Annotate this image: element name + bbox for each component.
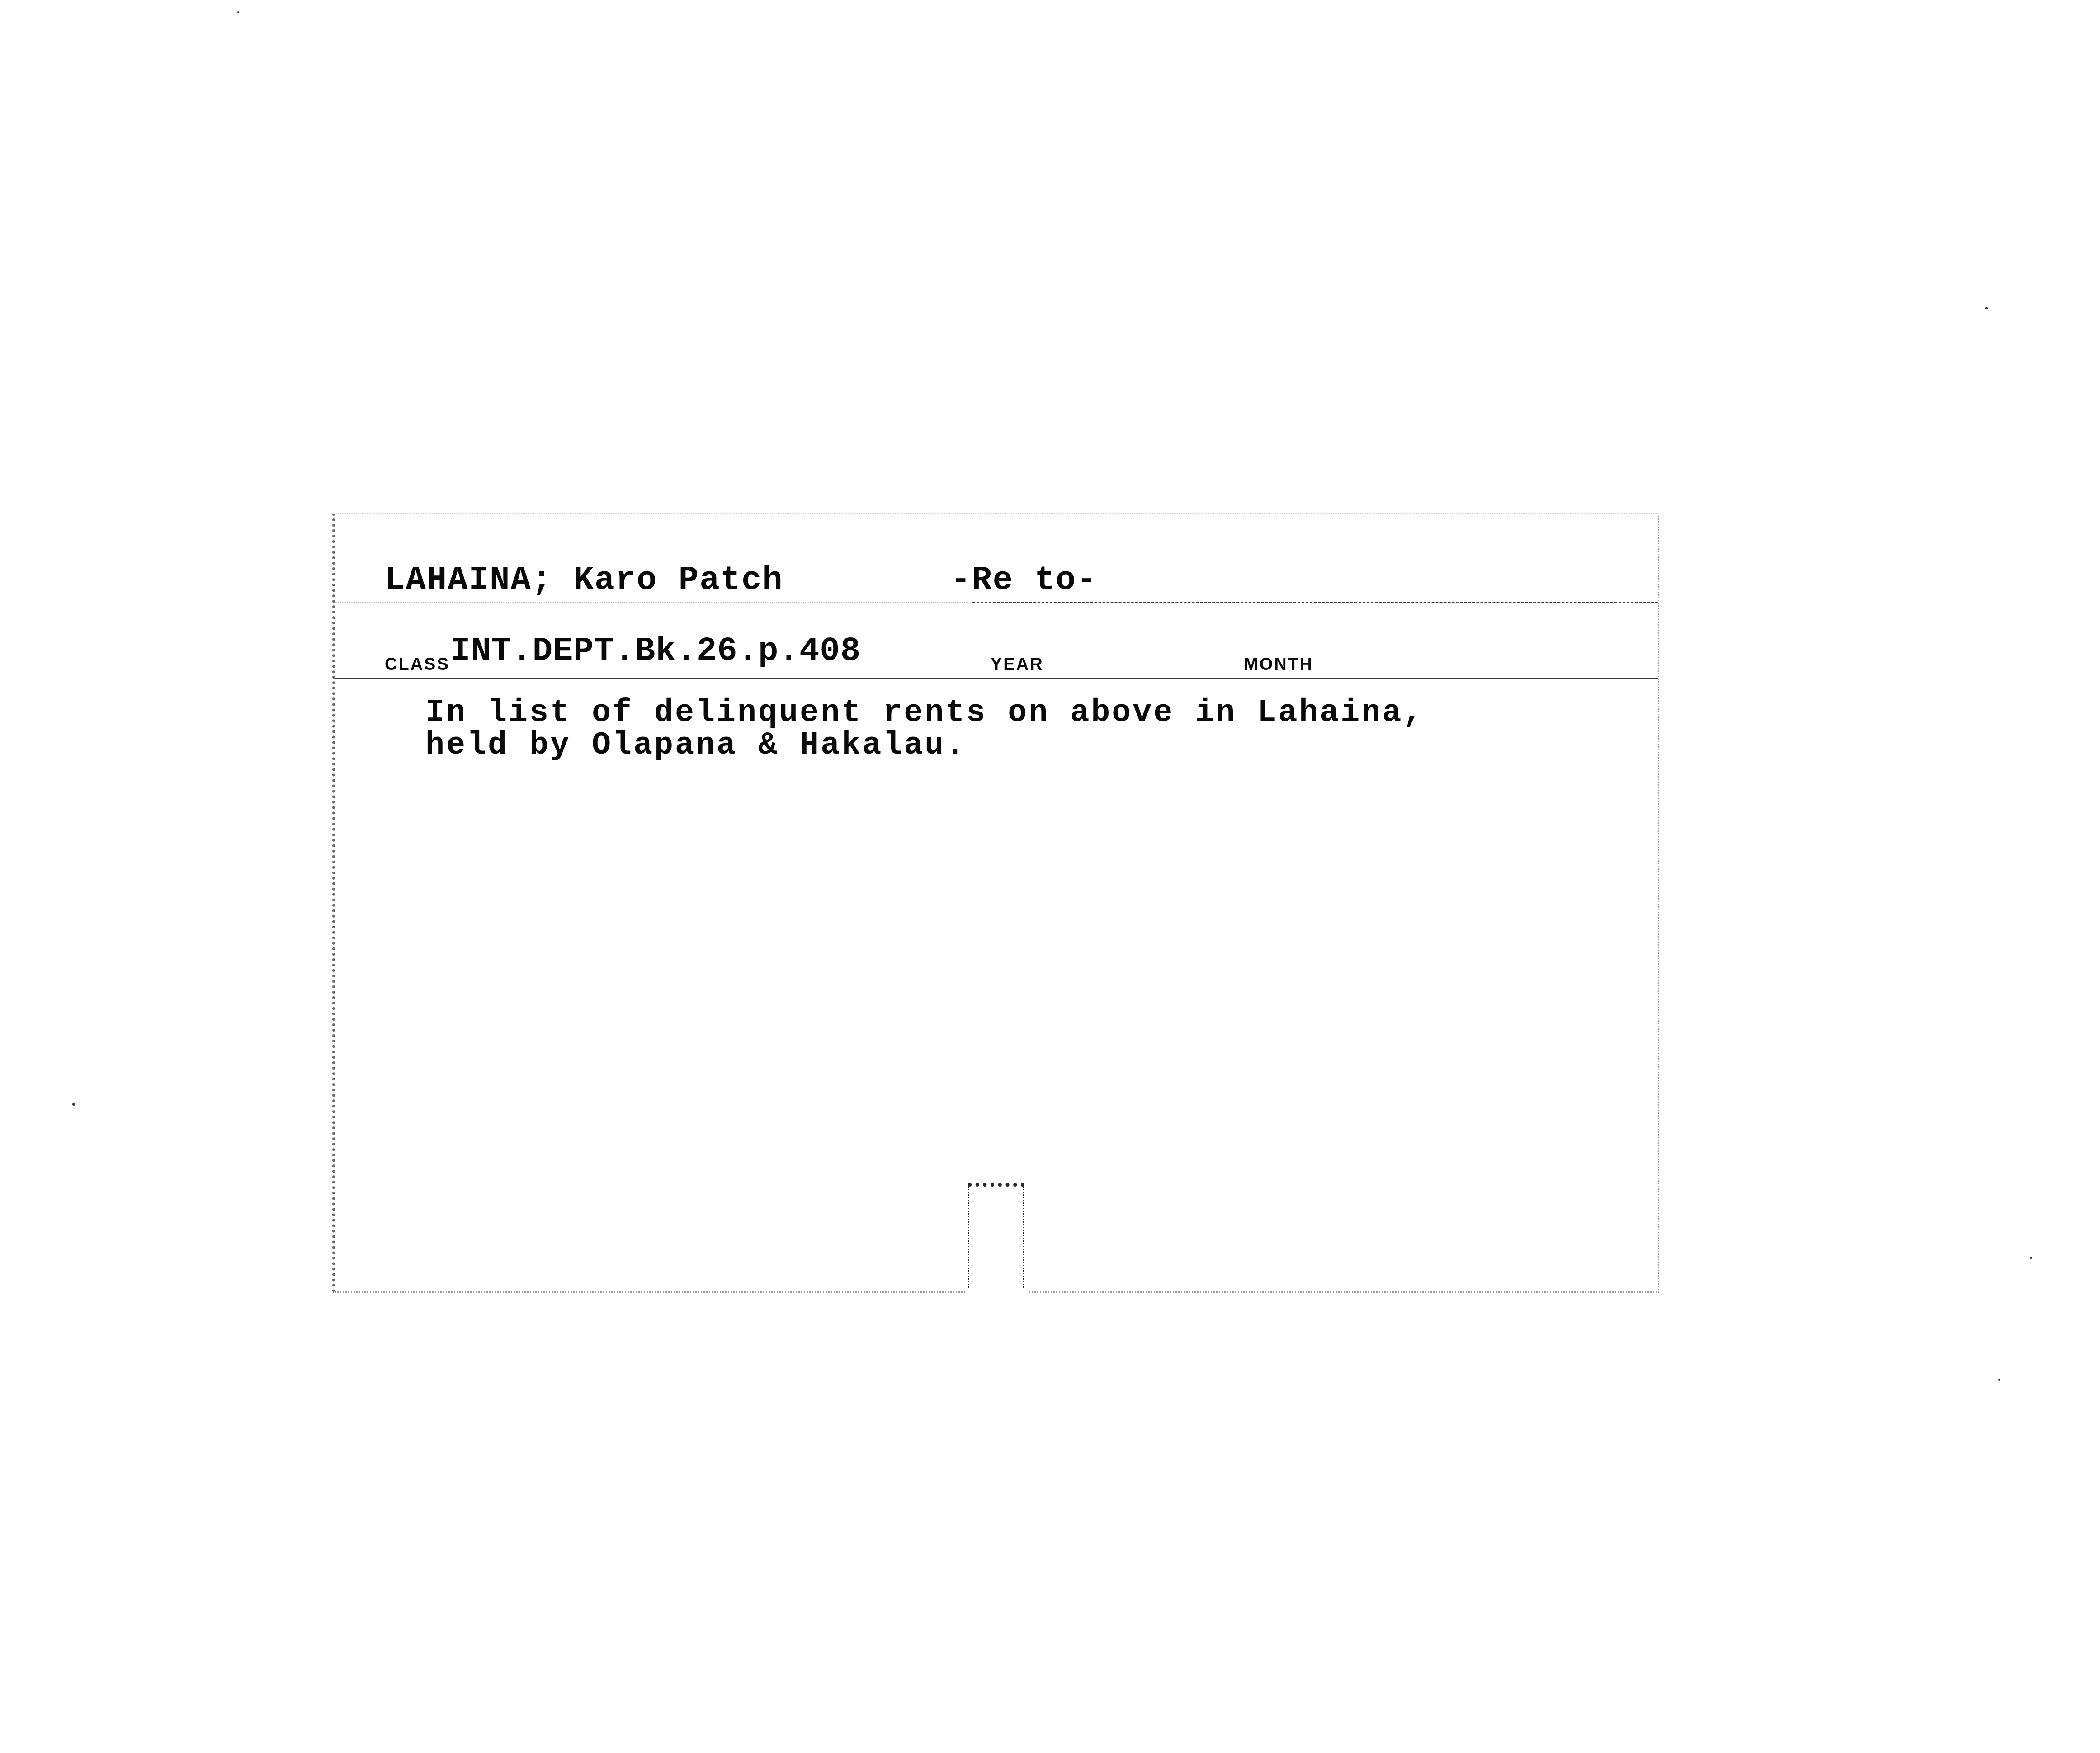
- card-notch-gap: [966, 1289, 1029, 1296]
- month-label: MONTH: [1244, 655, 1313, 674]
- scan-speck: [1985, 307, 1988, 309]
- card-body: In list of delinquent rents on above in …: [425, 697, 1424, 762]
- index-card: LAHAINA; Karo Patch-Re to- CLASS INT.DEP…: [332, 513, 1659, 1293]
- scan-speck: [1998, 1379, 2000, 1381]
- year-label: YEAR: [991, 655, 1044, 674]
- heading-subject: Karo Patch: [574, 561, 783, 599]
- heading-rule: [972, 602, 1658, 603]
- class-row: CLASS INT.DEPT.Bk.26.p.408 YEAR MONTH: [385, 632, 1651, 678]
- heading-reference: -Re to-: [951, 561, 1098, 599]
- card-notch: [968, 1183, 1024, 1294]
- body-line-1: In list of delinquent rents on above in …: [425, 697, 1424, 730]
- heading-place: LAHAINA;: [385, 561, 552, 599]
- scan-speck: [237, 11, 239, 13]
- class-label: CLASS: [385, 655, 450, 674]
- scan-speck: [2030, 1257, 2032, 1259]
- card-heading: LAHAINA; Karo Patch-Re to-: [385, 561, 1098, 599]
- heading-rule-left: [335, 602, 968, 603]
- class-rule: [335, 678, 1658, 679]
- body-line-2: held by Olapana & Hakalau.: [425, 730, 1424, 762]
- scan-speck: [72, 1103, 75, 1106]
- class-value: INT.DEPT.Bk.26.p.408: [450, 632, 861, 670]
